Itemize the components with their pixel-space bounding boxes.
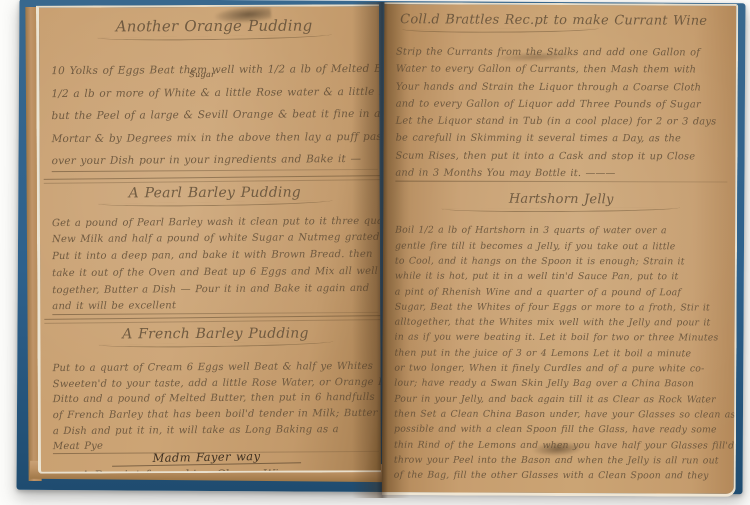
manuscript-line: a pint of Rhenish Wine and a quarter of … xyxy=(395,284,727,300)
manuscript-line: over your Dish pour in your ingredients … xyxy=(52,148,378,173)
right-page: Coll.d Brattles Rec.pt to make Currant W… xyxy=(382,2,739,497)
underline-flourish xyxy=(97,200,332,207)
manuscript-line: in as if you were beating it. Let it boi… xyxy=(395,330,727,346)
manuscript-line: throw your Peel into the Bason and when … xyxy=(394,452,726,468)
left-page: Sugar Another Orange Pudding 10 Yolks of… xyxy=(36,4,381,473)
manuscript-line: Mortar & by Degrees mix in the above the… xyxy=(51,125,377,150)
manuscript-line: and it will be excellent xyxy=(52,297,378,316)
manuscript-line: lour; have ready a Swan Skin Jelly Bag o… xyxy=(394,376,726,392)
manuscript-line: Let the Liquor stand in Tub (in a cool p… xyxy=(396,113,728,131)
underline-flourish xyxy=(402,28,599,33)
manuscript-line: Scum Rises, then put it into a Cask and … xyxy=(395,147,727,165)
section-rule xyxy=(44,315,381,324)
manuscript-line: 10 Yolks of Eggs Beat them well with 1/2… xyxy=(51,58,377,83)
manuscript-line: then Set a Clean China Bason under, have… xyxy=(394,407,726,423)
manuscript-line: Your hands and Strain the Liquor through… xyxy=(396,78,728,96)
manuscript-line: take it out of the Oven and Beat up 6 Eg… xyxy=(52,264,378,283)
recipe-body: Get a pound of Pearl Barley wash it clea… xyxy=(52,214,378,316)
recipe-title: Hartshorn Jelly xyxy=(395,192,727,214)
underline-flourish xyxy=(98,342,333,349)
manuscript-line: alltogether, that the Whites mix well wi… xyxy=(395,315,727,331)
manuscript-line: be carefull in Skimming it several times… xyxy=(396,130,728,148)
manuscript-line: of the Bag, fill the other Glasses with … xyxy=(394,468,726,484)
manuscript-line: but the Peel of a large & Sevill Orange … xyxy=(51,103,377,128)
recipe-currant-wine: Coll.d Brattles Rec.pt to make Currant W… xyxy=(395,12,728,183)
manuscript-line: 1/2 a lb or more of White & a little Ros… xyxy=(51,80,377,105)
manuscript-line: Water to every Gallon of Currants, then … xyxy=(396,61,728,79)
manuscript-line: Boil 1/2 a lb of Hartshorn in 3 quarts o… xyxy=(395,223,727,239)
manuscript-line: of French Barley that has been boil'd te… xyxy=(53,406,379,424)
manuscript-line: and to every Gallon of Liquor add Three … xyxy=(396,95,728,113)
recipe-french-barley-pudding: A French Barley Pudding Put to a quart o… xyxy=(52,326,379,455)
recipe-title-text: A French Barley Pudding xyxy=(122,326,309,343)
manuscript-line: gentle fire till it becomes a Jelly, if … xyxy=(395,238,727,254)
recipe-title: A French Barley Pudding xyxy=(52,326,378,348)
recipe-body: Strip the Currants from the Stalks and a… xyxy=(395,43,728,183)
recipe-title-text: A Pearl Barley Pudding xyxy=(129,184,301,201)
recipe-title-text: Hartshorn Jelly xyxy=(509,192,614,208)
manuscript-line: possible and with a clean Spoon fill the… xyxy=(394,422,726,438)
manuscript-line: Sugar, Beat the Whites of four Eggs or m… xyxy=(395,299,727,315)
manuscript-line: then put in the juice of 3 or 4 Lemons L… xyxy=(394,345,726,361)
manuscript-line: Put it into a deep pan, and bake it with… xyxy=(52,247,378,266)
recipe-another-orange-pudding: Another Orange Pudding 10 Yolks of Eggs … xyxy=(51,16,378,182)
recipe-title-text: Coll.d Brattles Rec.pt to make Currant W… xyxy=(400,12,707,29)
recipe-title: Coll.d Brattles Rec.pt to make Currant W… xyxy=(396,12,728,34)
manuscript-line: or two longer, When it finely Curdles an… xyxy=(394,361,726,377)
recipe-body: Put to a quart of Cream 6 Eggs well Beat… xyxy=(53,360,379,455)
later-hand-annotation: Madm Fayer way xyxy=(112,448,301,466)
manuscript-line: Pour in your Jelly, and back again till … xyxy=(394,391,726,407)
underline-flourish xyxy=(442,208,681,213)
manuscript-line: thin Rind of the Lemons and when you hav… xyxy=(394,437,726,453)
manuscript-line: to Cool, and it hangs on the Spoon it is… xyxy=(395,254,727,270)
recipe-title-text: Another Orange Pudding xyxy=(116,17,313,36)
recipe-hartshorn-jelly: Hartshorn Jelly Boil 1/2 a lb of Hartsho… xyxy=(394,192,728,485)
underline-flourish xyxy=(97,34,332,41)
manuscript-line: and in 3 Months You may Bottle it. ——— xyxy=(395,165,727,183)
section-rule xyxy=(44,175,381,184)
recipe-pearl-barley-pudding: A Pearl Barley Pudding Get a pound of Pe… xyxy=(52,184,379,323)
manuscript-line: while it is hot, put it in a well tin'd … xyxy=(395,269,727,285)
manuscript-line: Strip the Currants from the Stalks and a… xyxy=(396,44,728,62)
recipe-body: 10 Yolks of Eggs Beat them well with 1/2… xyxy=(51,58,377,172)
recipe-title: A Pearl Barley Pudding xyxy=(52,184,378,206)
recipe-body: Boil 1/2 a lb of Hartshorn in 3 quarts o… xyxy=(394,223,727,485)
recipe-title: Another Orange Pudding xyxy=(51,16,377,40)
manuscript-book-photo: Sugar Another Orange Pudding 10 Yolks of… xyxy=(0,0,750,505)
